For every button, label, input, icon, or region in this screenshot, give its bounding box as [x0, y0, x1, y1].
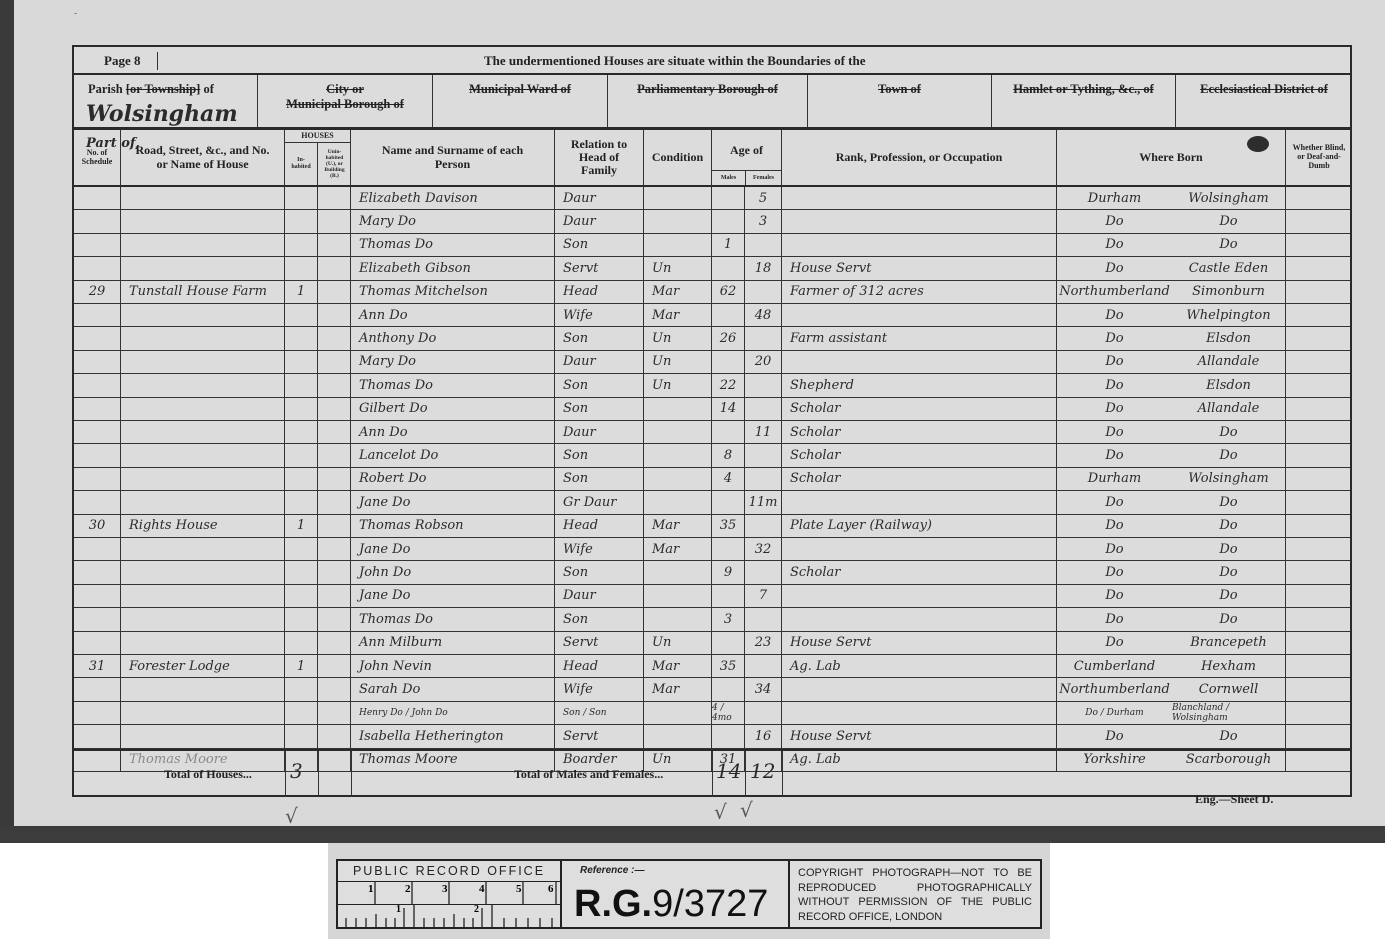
cell-occupation: Shepherd — [782, 374, 1057, 396]
cell-relation: Wife — [555, 678, 644, 700]
cell-inhabited — [285, 468, 318, 490]
cell-blind — [1286, 187, 1352, 209]
cell-uninhabited — [318, 561, 351, 583]
cell-blind — [1286, 234, 1352, 256]
cell-uninhabited — [318, 725, 351, 747]
cell-born-county: Do — [1057, 538, 1172, 560]
cell-condition — [644, 702, 712, 724]
cell-born-county: Durham — [1057, 468, 1172, 490]
total-males-value: 14 — [716, 759, 741, 783]
census-row: Elizabeth GibsonServtUn18House ServtDoCa… — [74, 257, 1350, 280]
cell-born-place: Do — [1172, 585, 1286, 607]
cell-blind — [1286, 702, 1352, 724]
cell-name: Ann Do — [351, 421, 555, 443]
cell-male-age: 8 — [712, 444, 745, 466]
cell-occupation: Plate Layer (Railway) — [782, 515, 1057, 537]
cell-road — [121, 632, 285, 654]
cell-schedule — [74, 491, 121, 513]
cell-inhabited: 1 — [285, 515, 318, 537]
cell-born-county: Northumberland — [1057, 678, 1172, 700]
cell-road: Forester Lodge — [121, 655, 285, 677]
cell-relation: Head — [555, 655, 644, 677]
cell-female-age — [745, 468, 782, 490]
cell-occupation: Scholar — [782, 398, 1057, 420]
cell-blind — [1286, 725, 1352, 747]
cell-born-place: Do — [1172, 444, 1286, 466]
census-row: Thomas DoSon1DoDo — [74, 234, 1350, 257]
cell-blind — [1286, 585, 1352, 607]
corner-mark: - — [74, 8, 77, 19]
cell-female-age: 5 — [745, 187, 782, 209]
cell-relation: Daur — [555, 585, 644, 607]
cell-name: Elizabeth Davison — [351, 187, 555, 209]
cell-inhabited — [285, 398, 318, 420]
cell-female-age — [745, 327, 782, 349]
cell-male-age: 9 — [712, 561, 745, 583]
cell-blind — [1286, 515, 1352, 537]
totals-row: Total of Houses... 3 Total of Males and … — [74, 749, 1350, 797]
cell-road — [121, 398, 285, 420]
divider — [351, 751, 352, 797]
cell-road: Tunstall House Farm — [121, 281, 285, 303]
cell-blind — [1286, 655, 1352, 677]
cell-relation: Son — [555, 561, 644, 583]
total-females-value: 12 — [750, 759, 775, 783]
cell-born-county: Do — [1057, 491, 1172, 513]
cell-relation: Son — [555, 327, 644, 349]
cell-male-age: 22 — [712, 374, 745, 396]
cell-road: Rights House — [121, 515, 285, 537]
cell-name: Jane Do — [351, 538, 555, 560]
cell-occupation — [782, 234, 1057, 256]
cell-uninhabited — [318, 398, 351, 420]
cell-inhabited — [285, 702, 318, 724]
cell-uninhabited — [318, 702, 351, 724]
cell-condition — [644, 187, 712, 209]
cell-occupation — [782, 210, 1057, 232]
cell-condition — [644, 585, 712, 607]
cell-born-county: Do — [1057, 725, 1172, 747]
census-row: Sarah DoWifeMar34NorthumberlandCornwell — [74, 678, 1350, 701]
cell-blind — [1286, 444, 1352, 466]
cell-born-place: Do — [1172, 725, 1286, 747]
cell-name: Mary Do — [351, 351, 555, 373]
cell-born-county: Do — [1057, 257, 1172, 279]
cell-relation: Son — [555, 608, 644, 630]
cell-road — [121, 702, 285, 724]
cell-condition: Un — [644, 327, 712, 349]
census-row: Jane DoGr Daur11mDoDo — [74, 491, 1350, 514]
ruler-inch-ticks — [338, 904, 562, 927]
cell-uninhabited — [318, 257, 351, 279]
cell-inhabited — [285, 257, 318, 279]
census-row: Elizabeth DavisonDaur5DurhamWolsingham — [74, 187, 1350, 210]
age-label: Age of — [712, 130, 781, 171]
col-blind: Whether Blind, or Deaf-and-Dumb — [1286, 130, 1352, 185]
ruler-cm: 1 2 3 4 5 6 — [338, 881, 560, 905]
cell-inhabited — [285, 234, 318, 256]
cell-road — [121, 257, 285, 279]
cell-schedule — [74, 444, 121, 466]
cell-female-age: 11 — [745, 421, 782, 443]
cell-inhabited — [285, 351, 318, 373]
cell-schedule — [74, 608, 121, 630]
census-form: Page 8 The undermentioned Houses are sit… — [72, 45, 1352, 797]
census-row: 29Tunstall House Farm1Thomas MitchelsonH… — [74, 281, 1350, 304]
cell-occupation: Scholar — [782, 421, 1057, 443]
census-row: Jane DoDaur7DoDo — [74, 585, 1350, 608]
cell-schedule — [74, 421, 121, 443]
reference-block: Reference :— R.G.9/3727 — [562, 861, 790, 927]
cell-road — [121, 491, 285, 513]
cell-condition — [644, 398, 712, 420]
cell-schedule — [74, 632, 121, 654]
cell-relation: Wife — [555, 538, 644, 560]
cell-male-age — [712, 632, 745, 654]
cell-born-county: Do — [1057, 327, 1172, 349]
cell-blind — [1286, 491, 1352, 513]
col-inhabited: In-habited — [285, 143, 318, 185]
cell-road — [121, 187, 285, 209]
cell-occupation: House Servt — [782, 632, 1057, 654]
cell-blind — [1286, 351, 1352, 373]
cell-born-county: Do — [1057, 444, 1172, 466]
cell-relation: Servt — [555, 257, 644, 279]
cell-name: Thomas Do — [351, 608, 555, 630]
cell-born-place: Wolsingham — [1172, 187, 1286, 209]
municipal-ward-struck-label: Municipal Ward of — [469, 82, 571, 96]
cell-male-age — [712, 585, 745, 607]
parish-cell: Parish [or Township] of Wolsingham Part … — [74, 75, 258, 127]
cell-inhabited — [285, 561, 318, 583]
cell-occupation — [782, 491, 1057, 513]
cell-born-county: Do — [1057, 608, 1172, 630]
cell-road — [121, 444, 285, 466]
cell-relation: Son — [555, 468, 644, 490]
census-row: Thomas DoSon3DoDo — [74, 608, 1350, 631]
cell-blind — [1286, 608, 1352, 630]
cell-relation: Wife — [555, 304, 644, 326]
cell-blind — [1286, 468, 1352, 490]
cell-inhabited — [285, 608, 318, 630]
cell-male-age — [712, 538, 745, 560]
census-row: Thomas DoSonUn22ShepherdDoElsdon — [74, 374, 1350, 397]
col-name: Name and Surname of each Person — [351, 130, 555, 185]
cell-schedule — [74, 210, 121, 232]
cell-uninhabited — [318, 444, 351, 466]
cell-female-age — [745, 702, 782, 724]
cell-occupation: House Servt — [782, 257, 1057, 279]
cell-schedule — [74, 304, 121, 326]
cell-road — [121, 210, 285, 232]
cell-born-place: Castle Eden — [1172, 257, 1286, 279]
cell-born-place: Do — [1172, 515, 1286, 537]
cell-uninhabited — [318, 678, 351, 700]
cell-uninhabited — [318, 304, 351, 326]
cell-schedule — [74, 187, 121, 209]
scan-left-edge — [0, 0, 14, 843]
ink-blot — [1247, 136, 1269, 152]
cell-blind — [1286, 210, 1352, 232]
cell-uninhabited — [318, 515, 351, 537]
cell-blind — [1286, 678, 1352, 700]
cell-born-place: Do — [1172, 491, 1286, 513]
cell-occupation: House Servt — [782, 725, 1057, 747]
cell-born-place: Whelpington — [1172, 304, 1286, 326]
col-condition: Condition — [644, 130, 712, 185]
cell-male-age: 35 — [712, 655, 745, 677]
cell-road — [121, 608, 285, 630]
census-row: Anthony DoSonUn26Farm assistantDoElsdon — [74, 327, 1350, 350]
cell-female-age: 32 — [745, 538, 782, 560]
cell-born-place: Do — [1172, 608, 1286, 630]
cell-born-county: Do — [1057, 351, 1172, 373]
cell-name: John Nevin — [351, 655, 555, 677]
cell-female-age — [745, 281, 782, 303]
cell-born-place: Do — [1172, 421, 1286, 443]
cell-name: Elizabeth Gibson — [351, 257, 555, 279]
cell-schedule — [74, 374, 121, 396]
cell-inhabited — [285, 304, 318, 326]
cell-male-age: 4 — [712, 468, 745, 490]
census-row: Jane DoWifeMar32DoDo — [74, 538, 1350, 561]
cell-uninhabited — [318, 608, 351, 630]
cell-female-age: 20 — [745, 351, 782, 373]
divider — [712, 751, 713, 797]
census-row: Gilbert DoSon14ScholarDoAllandale — [74, 398, 1350, 421]
cell-road — [121, 421, 285, 443]
ecclesiastical-district-struck-label: Ecclesiastical District of — [1200, 82, 1328, 96]
cell-male-age — [712, 491, 745, 513]
cell-inhabited — [285, 374, 318, 396]
cell-born-place: Do — [1172, 538, 1286, 560]
cell-condition — [644, 234, 712, 256]
cell-relation: Daur — [555, 210, 644, 232]
cell-male-age — [712, 725, 745, 747]
cell-blind — [1286, 632, 1352, 654]
municipal-borough-struck-label: Municipal Borough of — [258, 97, 432, 112]
cell-relation: Son — [555, 398, 644, 420]
cell-road — [121, 725, 285, 747]
area-header-row: Parish [or Township] of Wolsingham Part … — [74, 75, 1350, 130]
cell-condition: Un — [644, 257, 712, 279]
cell-female-age: 18 — [745, 257, 782, 279]
cell-born-place: Wolsingham — [1172, 468, 1286, 490]
cell-inhabited — [285, 327, 318, 349]
cell-name: Henry Do / John Do — [351, 702, 555, 724]
cell-blind — [1286, 538, 1352, 560]
col-uninhabited: Unin-habited (U.), or Building (B.) — [318, 143, 351, 185]
cell-condition: Mar — [644, 538, 712, 560]
reference-number: 9/3727 — [652, 883, 768, 925]
cell-female-age: 23 — [745, 632, 782, 654]
cell-occupation: Scholar — [782, 468, 1057, 490]
cell-inhabited — [285, 632, 318, 654]
parliamentary-borough-struck-label: Parliamentary Borough of — [637, 82, 778, 96]
census-row: Ann MilburnServtUn23House ServtDoBrancep… — [74, 632, 1350, 655]
check-mark: √ — [740, 798, 753, 822]
col-males: Males — [712, 171, 746, 185]
cell-condition — [644, 608, 712, 630]
cell-occupation: Ag. Lab — [782, 655, 1057, 677]
cell-born-place: Cornwell — [1172, 678, 1286, 700]
divider — [157, 52, 158, 70]
cell-female-age — [745, 234, 782, 256]
cell-born-county: Do — [1057, 585, 1172, 607]
col-road: Road, Street, &c., and No. or Name of Ho… — [121, 130, 285, 185]
cell-relation: Servt — [555, 725, 644, 747]
cell-male-age — [712, 257, 745, 279]
cell-born-county: Northumberland — [1057, 281, 1172, 303]
cell-born-place: Allandale — [1172, 398, 1286, 420]
census-row: Lancelot DoSon8ScholarDoDo — [74, 444, 1350, 467]
cell-occupation — [782, 351, 1057, 373]
col-houses: HOUSES In-habited Unin-habited (U.), or … — [285, 130, 351, 185]
cell-inhabited — [285, 491, 318, 513]
col-females: Females — [745, 171, 782, 185]
cell-schedule — [74, 702, 121, 724]
cell-name: Jane Do — [351, 491, 555, 513]
cell-inhabited — [285, 210, 318, 232]
stamp-frame: PUBLIC RECORD OFFICE 1 2 3 4 5 6 1 2 — [336, 859, 1042, 929]
cell-female-age: 34 — [745, 678, 782, 700]
cell-female-age: 7 — [745, 585, 782, 607]
cell-male-age — [712, 187, 745, 209]
public-record-office-stamp: PUBLIC RECORD OFFICE 1 2 3 4 5 6 1 2 — [328, 843, 1050, 939]
cell-condition: Un — [644, 632, 712, 654]
cell-born-place: Elsdon — [1172, 327, 1286, 349]
cell-road — [121, 678, 285, 700]
town-struck-label: Town of — [878, 82, 921, 96]
cell-born-place: Elsdon — [1172, 374, 1286, 396]
cell-relation: Daur — [555, 421, 644, 443]
cell-condition: Mar — [644, 304, 712, 326]
cell-condition — [644, 491, 712, 513]
cell-relation: Head — [555, 281, 644, 303]
cell-occupation: Farmer of 312 acres — [782, 281, 1057, 303]
cell-occupation — [782, 187, 1057, 209]
cell-female-age: 48 — [745, 304, 782, 326]
census-page-scan: - Page 8 The undermentioned Houses are s… — [0, 0, 1385, 843]
form-title-row: Page 8 The undermentioned Houses are sit… — [74, 47, 1350, 75]
cell-male-age — [712, 304, 745, 326]
col-schedule: No. of Schedule — [74, 130, 121, 185]
census-row: Mary DoDaurUn20DoAllandale — [74, 351, 1350, 374]
cell-uninhabited — [318, 585, 351, 607]
cell-schedule — [74, 327, 121, 349]
cell-male-age: 26 — [712, 327, 745, 349]
cell-male-age — [712, 351, 745, 373]
cell-male-age — [712, 421, 745, 443]
cell-born-county: Do — [1057, 304, 1172, 326]
cell-condition — [644, 210, 712, 232]
cell-inhabited — [285, 421, 318, 443]
town-cell: Town of — [808, 75, 992, 127]
cell-male-age: 62 — [712, 281, 745, 303]
parish-name: Wolsingham — [86, 101, 238, 127]
cell-male-age — [712, 678, 745, 700]
cell-schedule — [74, 351, 121, 373]
census-row: Ann DoDaur11ScholarDoDo — [74, 421, 1350, 444]
cell-road — [121, 468, 285, 490]
page-number: Page 8 — [104, 53, 140, 69]
cell-relation: Son / Son — [555, 702, 644, 724]
cell-relation: Son — [555, 374, 644, 396]
cell-born-county: Durham — [1057, 187, 1172, 209]
ecclesiastical-district-cell: Ecclesiastical District of — [1176, 75, 1352, 127]
cell-male-age — [712, 210, 745, 232]
cell-born-place: Simonburn — [1172, 281, 1286, 303]
parliamentary-borough-cell: Parliamentary Borough of — [608, 75, 808, 127]
cell-occupation — [782, 304, 1057, 326]
cell-name: John Do — [351, 561, 555, 583]
cell-name: Isabella Hetherington — [351, 725, 555, 747]
cell-born-county: Do — [1057, 398, 1172, 420]
cell-name: Thomas Do — [351, 374, 555, 396]
cell-schedule — [74, 468, 121, 490]
cell-uninhabited — [318, 210, 351, 232]
hamlet-struck-label: Hamlet or Tything, &c., of — [1013, 82, 1154, 96]
cell-male-age: 14 — [712, 398, 745, 420]
cell-male-age: 35 — [712, 515, 745, 537]
cell-schedule — [74, 585, 121, 607]
cell-condition: Un — [644, 374, 712, 396]
check-mark: √ — [714, 800, 727, 824]
divider — [318, 751, 319, 797]
cell-condition: Mar — [644, 515, 712, 537]
scan-bottom-edge — [0, 826, 1385, 843]
cell-female-age: 3 — [745, 210, 782, 232]
cell-condition — [644, 421, 712, 443]
census-row: Ann DoWifeMar48DoWhelpington — [74, 304, 1350, 327]
cell-condition: Mar — [644, 678, 712, 700]
cell-relation: Son — [555, 444, 644, 466]
cell-born-county: Do — [1057, 421, 1172, 443]
cell-relation: Daur — [555, 351, 644, 373]
township-struck-label: [or Township] — [126, 82, 200, 96]
cell-schedule: 30 — [74, 515, 121, 537]
cell-condition: Mar — [644, 281, 712, 303]
cell-male-age: 1 — [712, 234, 745, 256]
parish-label: Parish — [88, 82, 126, 96]
col-age: Age of Males Females — [712, 130, 782, 185]
cell-uninhabited — [318, 374, 351, 396]
cell-blind — [1286, 327, 1352, 349]
cell-name: Mary Do — [351, 210, 555, 232]
cell-relation: Servt — [555, 632, 644, 654]
cell-name: Robert Do — [351, 468, 555, 490]
cell-schedule — [74, 725, 121, 747]
cell-schedule: 31 — [74, 655, 121, 677]
cell-born-county: Cumberland — [1057, 655, 1172, 677]
cell-blind — [1286, 374, 1352, 396]
total-houses-value: 3 — [290, 759, 303, 783]
cell-born-county: Do — [1057, 515, 1172, 537]
cell-male-age: 4 / 4mo — [712, 702, 745, 724]
ruler-cm-ticks — [338, 881, 562, 904]
cell-born-place: Do — [1172, 210, 1286, 232]
cell-inhabited — [285, 585, 318, 607]
reference-prefix: R.G. — [574, 883, 652, 925]
total-houses-label: Total of Houses... — [164, 767, 252, 782]
cell-condition: Un — [644, 351, 712, 373]
cell-born-county: Do — [1057, 561, 1172, 583]
cell-occupation — [782, 538, 1057, 560]
cell-relation: Daur — [555, 187, 644, 209]
cell-born-place: Do — [1172, 561, 1286, 583]
cell-schedule — [74, 398, 121, 420]
cell-schedule — [74, 538, 121, 560]
